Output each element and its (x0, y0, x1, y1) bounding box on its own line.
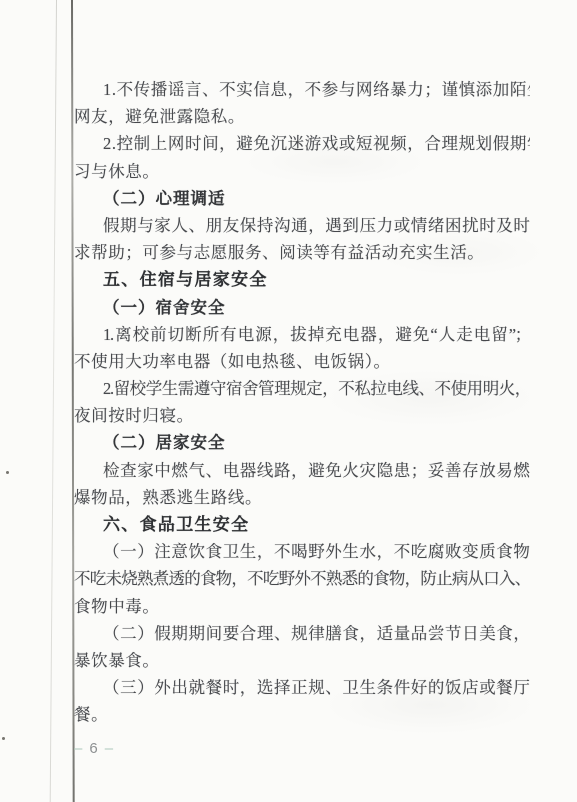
text-line: 不使用大功率电器（如电热毯、电饭锅）。 (74, 348, 530, 375)
page-number-value: 6 (89, 740, 97, 757)
scan-speck (2, 737, 5, 740)
sub-heading: （二）居家安全 (74, 429, 530, 456)
page-number-dash-left: – (74, 740, 82, 757)
text-line: 检查家中燃气、电器线路，避免火灾隐患；妥善存放易燃易 (74, 457, 530, 484)
sub-heading: （一）宿舍安全 (74, 294, 530, 321)
text-line: 暴饮暴食。 (74, 647, 530, 674)
section-heading: 五、住宿与居家安全 (74, 266, 530, 293)
page-number: – 6 – (74, 740, 113, 757)
sub-heading: （二）心理调适 (74, 185, 530, 212)
text-line: 2.留校学生需遵守宿舍管理规定，不私拉电线、不使用明火， (74, 375, 530, 402)
text-line: 1.不传播谣言、不实信息，不参与网络暴力；谨慎添加陌生 (74, 76, 530, 103)
text-line: 不吃未烧熟煮透的食物，不吃野外不熟悉的食物，防止病从口入、 (74, 565, 530, 592)
document-text: 1.不传播谣言、不实信息，不参与网络暴力；谨慎添加陌生网友，避免泄露隐私。2.控… (74, 76, 530, 729)
text-line: 习与休息。 (74, 158, 530, 185)
text-line: 求帮助；可参与志愿服务、阅读等有益活动充实生活。 (74, 239, 530, 266)
text-line: 爆物品，熟悉逃生路线。 (74, 484, 530, 511)
scan-speck (6, 471, 9, 474)
text-line: （三）外出就餐时，选择正规、卫生条件好的饭店或餐厅就 (74, 674, 530, 701)
text-line: 夜间按时归寝。 (74, 402, 530, 429)
section-heading: 六、食品卫生安全 (74, 511, 530, 538)
text-line: 假期与家人、朋友保持沟通，遇到压力或情绪困扰时及时寻 (74, 212, 530, 239)
text-line: 餐。 (74, 701, 530, 728)
text-line: 2.控制上网时间，避免沉迷游戏或短视频，合理规划假期学 (74, 130, 530, 157)
text-line: （二）假期期间要合理、规律膳食，适量品尝节日美食，不 (74, 620, 530, 647)
text-line: 1.离校前切断所有电源，拔掉充电器，避免“人走电留”； (74, 321, 530, 348)
text-line: 网友，避免泄露隐私。 (74, 103, 530, 130)
scanned-document-page: 1.不传播谣言、不实信息，不参与网络暴力；谨慎添加陌生网友，避免泄露隐私。2.控… (0, 0, 577, 802)
page-number-dash-right: – (105, 740, 113, 757)
text-line: 食物中毒。 (74, 593, 530, 620)
text-line: （一）注意饮食卫生，不喝野外生水，不吃腐败变质食物， (74, 538, 530, 565)
page-fold-line-faint (50, 0, 57, 802)
